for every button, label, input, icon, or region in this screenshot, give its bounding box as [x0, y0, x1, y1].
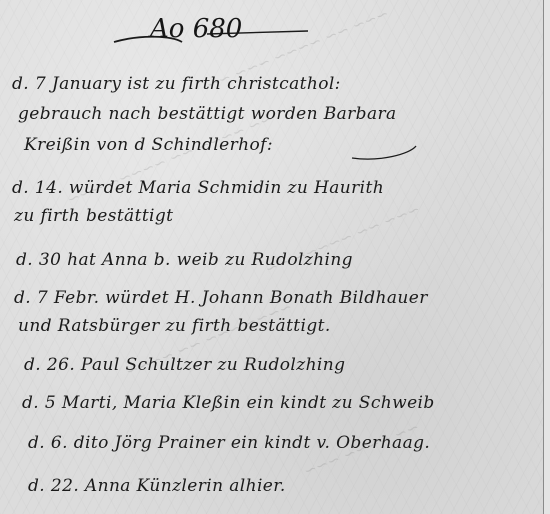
entry-line: d. 6. dito Jörg Prainer ein kindt v. Obe…: [28, 433, 430, 453]
entry-line: d. 7 Febr. würdet H. Johann Bonath Bildh…: [14, 288, 428, 308]
entry-line: d. 26. Paul Schultzer zu Rudolzhing: [24, 355, 345, 375]
entry-line: zu firth bestättigt: [14, 206, 173, 226]
entry-line: d. 22. Anna Künzlerin alhier.: [28, 476, 286, 496]
entry-line: d. 7 January ist zu firth christcathol:: [12, 74, 341, 94]
entry-line: d. 5 Marti, Maria Kleßin ein kindt zu Sc…: [22, 393, 435, 413]
entry-line: d. 14. würdet Maria Schmidin zu Haurith: [12, 178, 384, 198]
manuscript-page: ~~~ ~~ ~~~~ ~~~ ~~ ~~ ~~~~ ~~ ~~~~~ ~~~ …: [0, 0, 543, 514]
closing-flourish: [350, 140, 420, 164]
entry-line: d. 30 hat Anna b. weib zu Rudolzhing: [16, 250, 353, 270]
entry-line: gebrauch nach bestättigt worden Barbara: [18, 104, 397, 124]
entry-line: und Ratsbürger zu firth bestättigt.: [18, 316, 331, 336]
entry-line: Kreißin von d Schindlerhof:: [24, 135, 273, 155]
binding-margin: [544, 0, 550, 514]
page-heading-year: Ao 680: [150, 14, 242, 44]
